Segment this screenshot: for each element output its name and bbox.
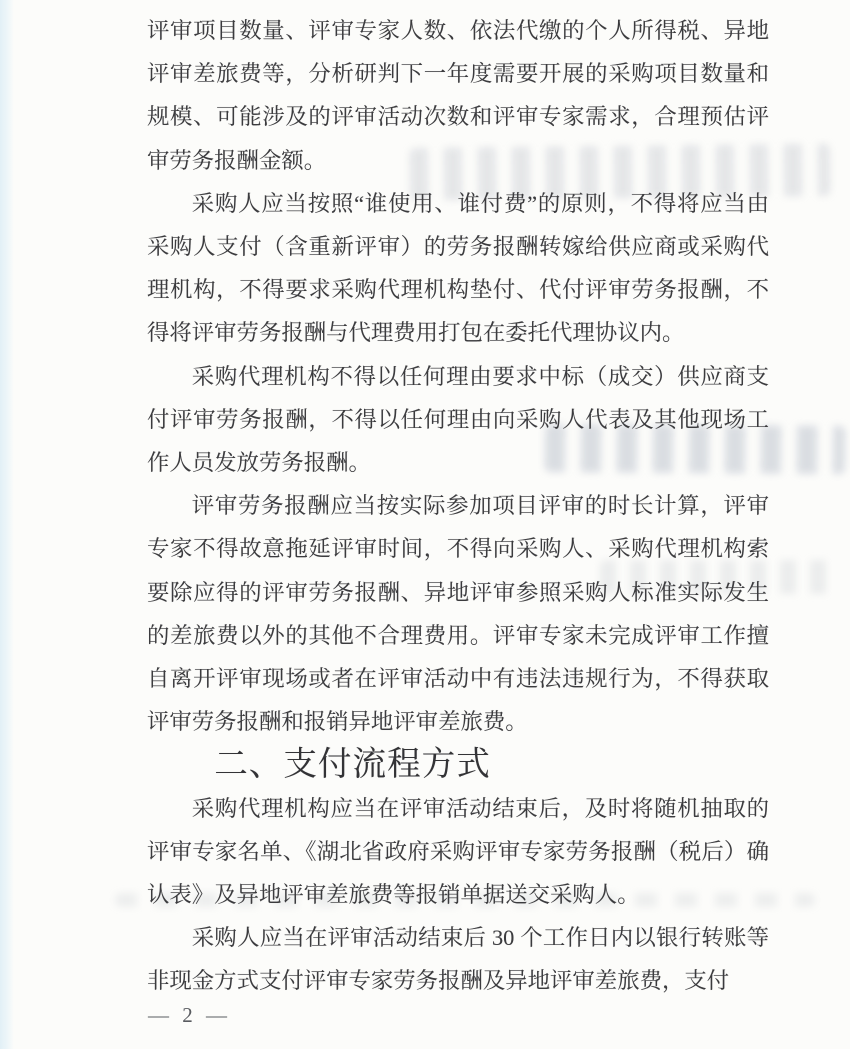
scanned-document-page: 评审项目数量、评审专家人数、依法代缴的个人所得税、异地评审差旅费等，分析研判下一… [0, 0, 850, 1049]
paragraph-expert-conduct: 评审劳务报酬应当按实际参加项目评审的时长计算，评审专家不得故意拖延评审时间，不得… [147, 484, 769, 743]
page-number: — 2 — [148, 1003, 231, 1028]
scan-left-edge-artifact [0, 0, 14, 1049]
paragraph-buyer-payment-deadline: 采购人应当在评审活动结束后 30 个工作日内以银行转账等非现金方式支付评审专家劳… [147, 916, 769, 1002]
paragraph-agency-prohibitions: 采购代理机构不得以任何理由要求中标（成交）供应商支付评审劳务报酬，不得以任何理由… [147, 355, 769, 485]
section-heading-payment-process: 二、支付流程方式 [147, 743, 769, 786]
paragraph-annual-estimate: 评审项目数量、评审专家人数、依法代缴的个人所得税、异地评审差旅费等，分析研判下一… [147, 9, 769, 182]
document-body: 评审项目数量、评审专家人数、依法代缴的个人所得税、异地评审差旅费等，分析研判下一… [147, 9, 769, 1003]
paragraph-agency-submit-documents: 采购代理机构应当在评审活动结束后，及时将随机抽取的评审专家名单、《湖北省政府采购… [147, 787, 769, 917]
paragraph-who-uses-who-pays: 采购人应当按照“谁使用、谁付费”的原则，不得将应当由采购人支付（含重新评审）的劳… [147, 182, 769, 355]
